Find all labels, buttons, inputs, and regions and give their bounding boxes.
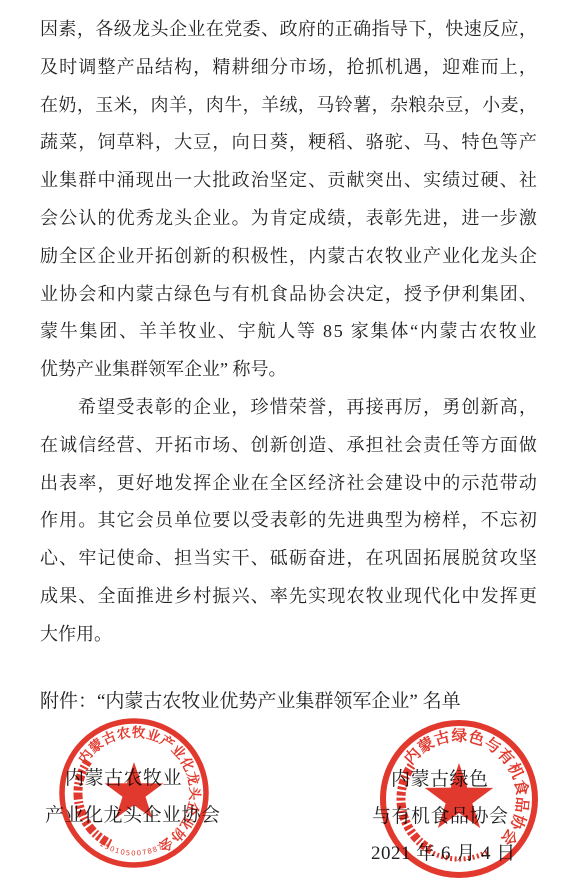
text-line: 因素，各级龙头企业在党委、政府的正确指导下，快速反应， (40, 11, 537, 49)
text-line: 大作用。 (40, 616, 537, 654)
official-seal-right-icon: 内蒙古绿色与有机食品协会 (374, 714, 544, 884)
text-line: 励全区企业开拓创新的积极性，内蒙古农牧业产业化龙头企 (40, 238, 537, 276)
text-line: 会公认的优秀龙头企业。为肯定成绩，表彰先进，进一步激 (40, 200, 537, 238)
text-line: 作用。其它会员单位要以受表彰的先进典型为榜样，不忘初 (40, 502, 537, 540)
text-line: 成果、全面推进乡村振兴、率先实现农牧业现代化中发挥更 (40, 578, 537, 616)
star-icon (425, 763, 493, 828)
text-line: 在诚信经营、开拓市场、创新创造、承担社会责任等方面做 (40, 427, 537, 465)
official-seal-left-icon: 内蒙古农牧业产业化龙头企业协会 1501050078879 (53, 712, 215, 874)
text-line: 出表率，更好地发挥企业在全区经济社会建设中的示范带动 (40, 465, 537, 503)
text-line: 蒙牛集团、羊羊牧业、宇航人等 85 家集体“内蒙古农牧业 (40, 313, 537, 351)
mongolian-script-arc (78, 761, 110, 844)
paragraph-lines: 因素，各级龙头企业在党委、政府的正确指导下，快速反应，及时调整产品结构，精耕细分… (40, 11, 537, 654)
text-line: 优势产业集群领军企业” 称号。 (40, 351, 537, 389)
text-line: 心、牢记使命、担当实干、砥砺奋进，在巩固拓展脱贫攻坚 (40, 540, 537, 578)
mongolian-script-arc (401, 766, 430, 850)
text-line: 业集群中涌现出一大批政治坚定、贡献突出、实绩过硬、社 (40, 162, 537, 200)
text-line: 业协会和内蒙古绿色与有机食品协会决定，授予伊利集团、 (40, 276, 537, 314)
star-icon (105, 762, 164, 818)
text-line: 希望受表彰的企业，珍惜荣誉，再接再厉，勇创新高， (40, 389, 537, 427)
text-line: 蔬菜，饲草料，大豆，向日葵，粳稻、骆驼、马、特色等产 (40, 124, 537, 162)
text-line: 及时调整产品结构，精耕细分市场，抢抓机遇，迎难而上， (40, 49, 537, 87)
document-page: 因素，各级龙头企业在党委、政府的正确指导下，快速反应，及时调整产品结构，精耕细分… (0, 0, 575, 884)
text-line: 在奶，玉米，肉羊，肉牛，羊绒，马铃薯，杂粮杂豆，小麦， (40, 87, 537, 125)
seal-bottom-marks (429, 851, 489, 859)
